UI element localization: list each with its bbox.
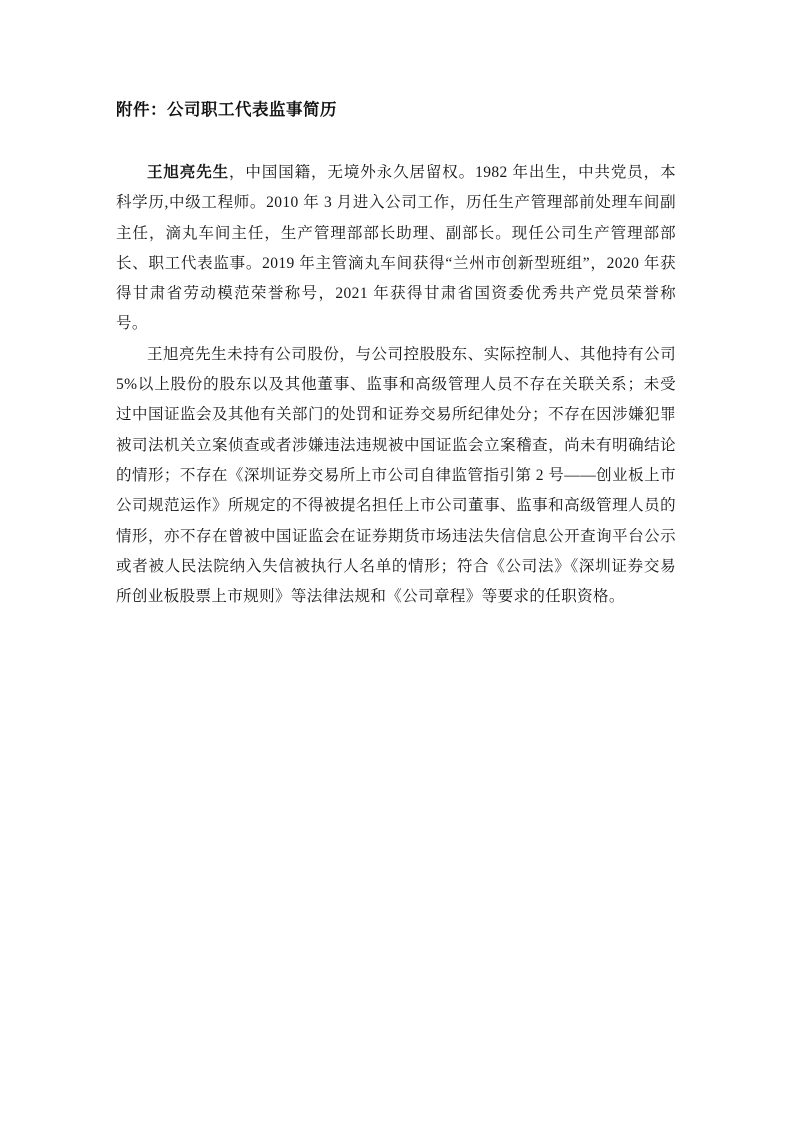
qualification-paragraph: 王旭亮先生未持有公司股份，与公司控股股东、实际控制人、其他持有公司 5%以上股份…	[116, 340, 676, 613]
person-name-bold: 王旭亮先生	[147, 164, 229, 181]
qualification-paragraph-text: 王旭亮先生未持有公司股份，与公司控股股东、实际控制人、其他持有公司 5%以上股份…	[116, 346, 676, 605]
bio-paragraph-text: ，中国国籍，无境外永久居留权。1982 年出生，中共党员，本科学历,中级工程师。…	[116, 164, 676, 332]
document-page: 附件：公司职工代表监事简历 王旭亮先生，中国国籍，无境外永久居留权。1982 年…	[0, 0, 793, 1122]
document-title: 附件：公司职工代表监事简历	[116, 99, 676, 121]
bio-paragraph: 王旭亮先生，中国国籍，无境外永久居留权。1982 年出生，中共党员，本科学历,中…	[116, 158, 676, 340]
